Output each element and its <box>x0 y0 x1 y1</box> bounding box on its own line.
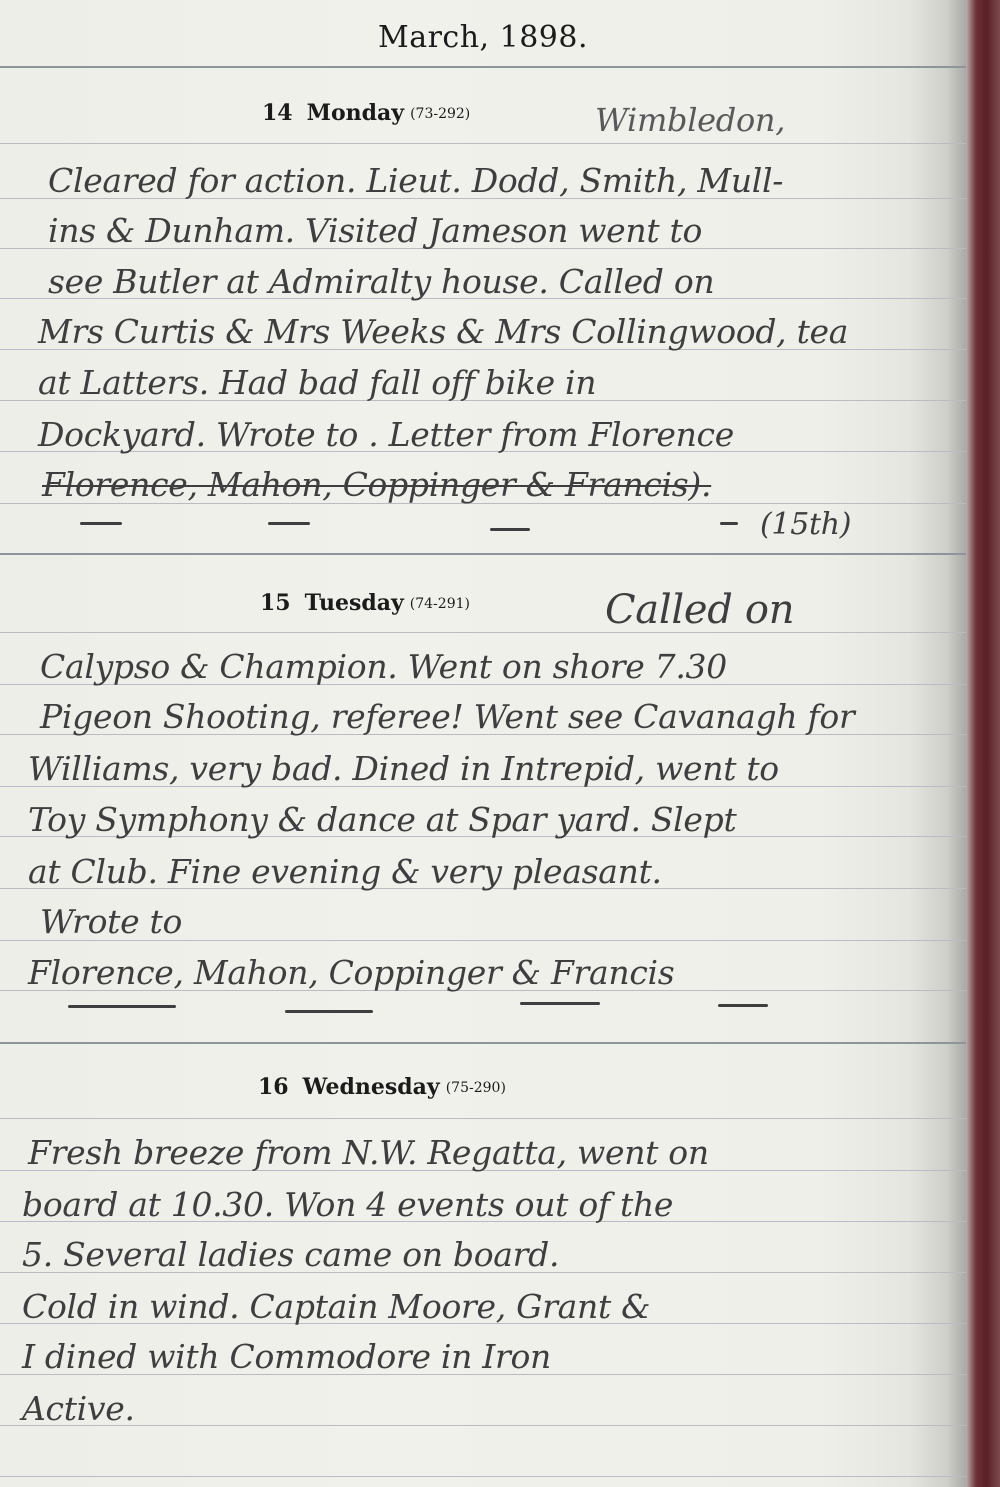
diary-page: March, 1898. 14Monday(73-292) Wimbledon,… <box>0 0 966 1487</box>
day-name: Tuesday <box>305 590 404 616</box>
month-title: March, 1898. <box>0 20 966 55</box>
underline-mark <box>718 1004 768 1007</box>
day-number: 15 <box>260 590 291 616</box>
entry-line: I dined with Commodore in Iron <box>22 1340 551 1373</box>
day-number: 16 <box>258 1074 289 1100</box>
entry-line: Calypso & Champion. Went on shore 7.30 <box>40 650 727 683</box>
ruled-line <box>0 143 966 144</box>
entry-line: see Butler at Admiralty house. Called on <box>48 265 714 298</box>
entry-line: ins & Dunham. Visited Jameson went to <box>48 214 702 247</box>
ruled-line <box>0 632 966 633</box>
day-count: (74-291) <box>410 596 470 612</box>
entry-line: at Latters. Had bad fall off bike in <box>38 366 596 399</box>
entry-line: Toy Symphony & dance at Spar yard. Slept <box>28 803 736 836</box>
section-rule <box>0 553 966 555</box>
margin-note: (15th) <box>760 510 851 540</box>
day-number: 14 <box>262 100 293 126</box>
day-name: Monday <box>307 100 404 126</box>
day-heading-15: 15Tuesday(74-291) <box>260 590 470 616</box>
entry-line: Mrs Curtis & Mrs Weeks & Mrs Collingwood… <box>38 315 848 348</box>
entry-line: Florence, Mahon, Coppinger & Francis <box>28 956 674 989</box>
section-rule <box>0 1042 966 1044</box>
struck-line: Florence, Mahon, Coppinger & Francis). <box>42 468 711 501</box>
heading-note: Wimbledon, <box>595 104 785 136</box>
underline-mark <box>520 1002 600 1005</box>
entry-line: at Club. Fine evening & very pleasant. <box>28 855 662 888</box>
entry-line: Fresh breeze from N.W. Regatta, went on <box>28 1136 709 1169</box>
day-name: Wednesday <box>303 1074 440 1100</box>
header-rule <box>0 66 966 68</box>
entry-line: Wrote to <box>40 905 182 938</box>
underline-mark <box>720 522 738 525</box>
heading-note: Called on <box>605 590 794 630</box>
day-count: (75-290) <box>446 1080 506 1096</box>
entry-line: Cold in wind. Captain Moore, Grant & <box>22 1290 650 1323</box>
ruled-line <box>0 1118 966 1119</box>
entry-line: 5. Several ladies came on board. <box>22 1238 559 1271</box>
book-binding-edge <box>966 0 1000 1487</box>
day-heading-16: 16Wednesday(75-290) <box>258 1074 506 1100</box>
entry-line: board at 10.30. Won 4 events out of the <box>22 1188 673 1221</box>
underline-mark <box>80 522 122 525</box>
entry-line: Williams, very bad. Dined in Intrepid, w… <box>28 752 779 785</box>
ruled-line <box>0 1425 966 1426</box>
entry-line: Active. <box>22 1392 135 1425</box>
day-count: (73-292) <box>410 106 470 122</box>
underline-mark <box>490 528 530 531</box>
ruled-line <box>0 1476 966 1477</box>
entry-line: Pigeon Shooting, referee! Went see Cavan… <box>40 700 854 733</box>
underline-mark <box>285 1010 373 1013</box>
day-heading-14: 14Monday(73-292) <box>262 100 470 126</box>
entry-line: Dockyard. Wrote to . Letter from Florenc… <box>38 418 734 451</box>
entry-line: Cleared for action. Lieut. Dodd, Smith, … <box>48 164 783 197</box>
underline-mark <box>68 1005 176 1008</box>
underline-mark <box>268 522 310 525</box>
